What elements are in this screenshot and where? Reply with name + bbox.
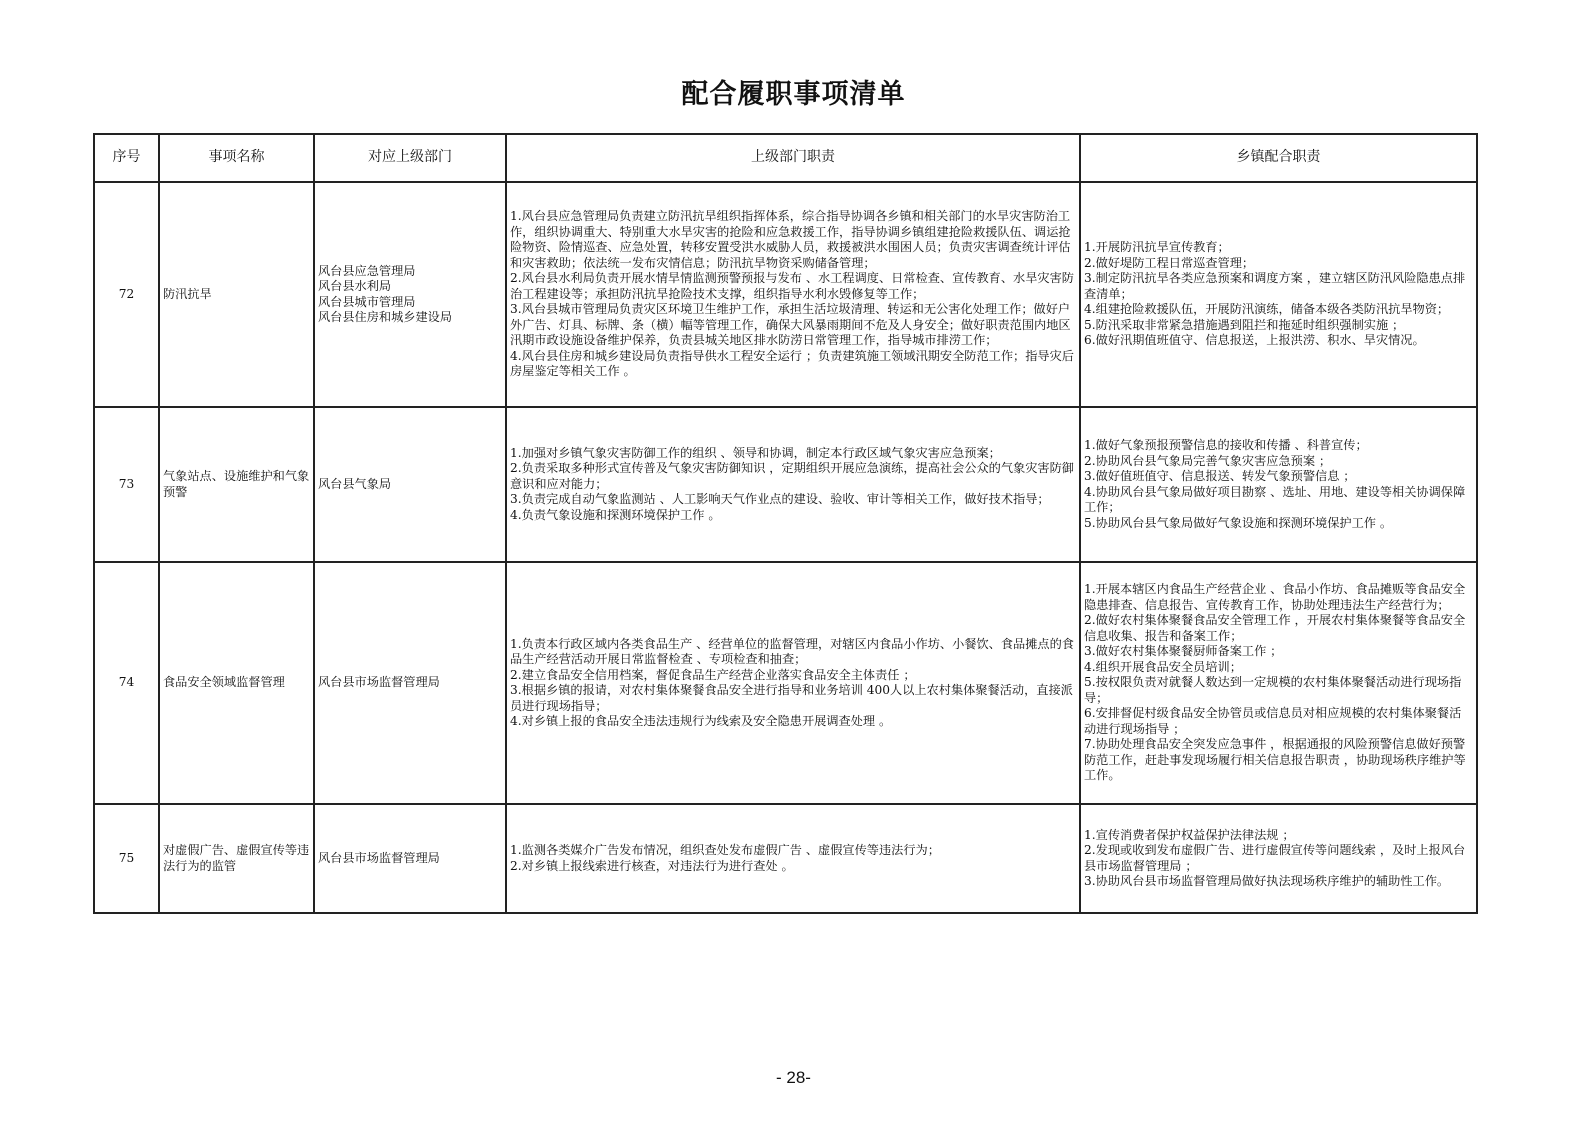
cooperation-cell: 1.开展本辖区内食品生产经营企业 、食品小作坊、食品摊贩等食品安全隐患排查、信息… bbox=[1080, 562, 1477, 804]
department: 风台县水利局 bbox=[318, 279, 502, 295]
row-number: 72 bbox=[94, 182, 159, 407]
department-cell: 风台县气象局 bbox=[314, 407, 506, 562]
department-cell: 风台县市场监督管理局 bbox=[314, 804, 506, 913]
cooperation-item: 4.组织开展食品安全员培训； bbox=[1084, 660, 1473, 676]
cooperation-item: 3.协助风台县市场监督管理局做好执法现场秩序维护的辅助性工作。 bbox=[1084, 874, 1473, 890]
cooperation-item: 7.协助处理食品安全突发应急事件 ，根据通报的风险预警信息做好预警防范工作，赶赴… bbox=[1084, 737, 1473, 784]
cooperation-item: 1.开展防汛抗旱宣传教育； bbox=[1084, 240, 1473, 256]
department: 风台县城市管理局 bbox=[318, 295, 502, 311]
duties-cell: 1.加强对乡镇气象灾害防御工作的组织 、领导和协调，制定本行政区域气象灾害应急预… bbox=[506, 407, 1080, 562]
page-number: - 28- bbox=[0, 1068, 1587, 1088]
duty-table: 序号 事项名称 对应上级部门 上级部门职责 乡镇配合职责 72 防汛抗旱 风台县… bbox=[93, 133, 1478, 914]
duty-item: 4.对乡镇上报的食品安全违法违规行为线索及安全隐患开展调查处理 。 bbox=[510, 714, 1076, 730]
item-name: 气象站点、设施维护和气象预警 bbox=[159, 407, 314, 562]
header-department: 对应上级部门 bbox=[314, 134, 506, 182]
cooperation-item: 2.发现或收到发布虚假广告、进行虚假宣传等问题线索 ，及时上报风台县市场监督管理… bbox=[1084, 843, 1473, 874]
item-name: 食品安全领域监督管理 bbox=[159, 562, 314, 804]
duty-item: 4.风台县住房和城乡建设局负责指导供水工程安全运行 ；负责建筑施工领域汛期安全防… bbox=[510, 349, 1076, 380]
duty-item: 2.对乡镇上报线索进行核查，对违法行为进行查处 。 bbox=[510, 859, 1076, 875]
table-row: 72 防汛抗旱 风台县应急管理局 风台县水利局 风台县城市管理局 风台县住房和城… bbox=[94, 182, 1477, 407]
duty-item: 4.负责气象设施和探测环境保护工作 。 bbox=[510, 508, 1076, 524]
cooperation-item: 5.按权限负责对就餐人数达到一定规模的农村集体聚餐活动进行现场指导； bbox=[1084, 675, 1473, 706]
table-row: 73 气象站点、设施维护和气象预警 风台县气象局 1.加强对乡镇气象灾害防御工作… bbox=[94, 407, 1477, 562]
header-no: 序号 bbox=[94, 134, 159, 182]
duties-cell: 1.监测各类媒介广告发布情况，组织查处发布虚假广告 、虚假宣传等违法行为； 2.… bbox=[506, 804, 1080, 913]
cooperation-item: 5.防汛采取非常紧急措施遇到阻拦和拖延时组织强制实施 ； bbox=[1084, 318, 1473, 334]
item-name: 防汛抗旱 bbox=[159, 182, 314, 407]
cooperation-item: 5.协助风台县气象局做好气象设施和探测环境保护工作 。 bbox=[1084, 516, 1473, 532]
department: 风台县住房和城乡建设局 bbox=[318, 310, 502, 326]
cooperation-item: 3.做好农村集体聚餐厨师备案工作 ； bbox=[1084, 644, 1473, 660]
cooperation-item: 2.协助风台县气象局完善气象灾害应急预案 ； bbox=[1084, 454, 1473, 470]
duty-item: 1.风台县应急管理局负责建立防汛抗旱组织指挥体系，综合指导协调各乡镇和相关部门的… bbox=[510, 209, 1076, 271]
duty-item: 1.监测各类媒介广告发布情况，组织查处发布虚假广告 、虚假宣传等违法行为； bbox=[510, 843, 1076, 859]
header-item-name: 事项名称 bbox=[159, 134, 314, 182]
header-cooperation: 乡镇配合职责 bbox=[1080, 134, 1477, 182]
table-row: 74 食品安全领域监督管理 风台县市场监督管理局 1.负责本行政区域内各类食品生… bbox=[94, 562, 1477, 804]
cooperation-item: 2.做好堤防工程日常巡查管理； bbox=[1084, 256, 1473, 272]
department: 风台县市场监督管理局 bbox=[318, 675, 502, 691]
department: 风台县应急管理局 bbox=[318, 264, 502, 280]
cooperation-cell: 1.开展防汛抗旱宣传教育； 2.做好堤防工程日常巡查管理； 3.制定防汛抗旱各类… bbox=[1080, 182, 1477, 407]
header-duties: 上级部门职责 bbox=[506, 134, 1080, 182]
cooperation-item: 1.开展本辖区内食品生产经营企业 、食品小作坊、食品摊贩等食品安全隐患排查、信息… bbox=[1084, 582, 1473, 613]
duty-item: 2.负责采取多种形式宣传普及气象灾害防御知识 ，定期组织开展应急演练，提高社会公… bbox=[510, 461, 1076, 492]
duties-cell: 1.负责本行政区域内各类食品生产 、经营单位的监督管理，对辖区内食品小作坊、小餐… bbox=[506, 562, 1080, 804]
cooperation-cell: 1.宣传消费者保护权益保护法律法规 ； 2.发现或收到发布虚假广告、进行虚假宣传… bbox=[1080, 804, 1477, 913]
item-name: 对虚假广告、虚假宣传等违法行为的监管 bbox=[159, 804, 314, 913]
duty-item: 3.根据乡镇的报请，对农村集体聚餐食品安全进行指导和业务培训 400人以上农村集… bbox=[510, 683, 1076, 714]
row-number: 74 bbox=[94, 562, 159, 804]
department: 风台县市场监督管理局 bbox=[318, 851, 502, 867]
table-row: 75 对虚假广告、虚假宣传等违法行为的监管 风台县市场监督管理局 1.监测各类媒… bbox=[94, 804, 1477, 913]
department: 风台县气象局 bbox=[318, 477, 502, 493]
cooperation-item: 6.做好汛期值班值守、信息报送，上报洪涝、积水、旱灾情况。 bbox=[1084, 333, 1473, 349]
cooperation-item: 1.做好气象预报预警信息的接收和传播 、科普宣传； bbox=[1084, 438, 1473, 454]
department-cell: 风台县应急管理局 风台县水利局 风台县城市管理局 风台县住房和城乡建设局 bbox=[314, 182, 506, 407]
cooperation-cell: 1.做好气象预报预警信息的接收和传播 、科普宣传； 2.协助风台县气象局完善气象… bbox=[1080, 407, 1477, 562]
duty-item: 1.负责本行政区域内各类食品生产 、经营单位的监督管理，对辖区内食品小作坊、小餐… bbox=[510, 637, 1076, 668]
department-cell: 风台县市场监督管理局 bbox=[314, 562, 506, 804]
page-title: 配合履职事项清单 bbox=[0, 72, 1587, 111]
table-header-row: 序号 事项名称 对应上级部门 上级部门职责 乡镇配合职责 bbox=[94, 134, 1477, 182]
cooperation-item: 3.制定防汛抗旱各类应急预案和调度方案 ，建立辖区防汛风险隐患点排查清单； bbox=[1084, 271, 1473, 302]
row-number: 75 bbox=[94, 804, 159, 913]
cooperation-item: 4.协助风台县气象局做好项目勘察 、选址、用地、建设等相关协调保障工作； bbox=[1084, 485, 1473, 516]
cooperation-item: 4.组建抢险救援队伍，开展防汛演练，储备本级各类防汛抗旱物资； bbox=[1084, 302, 1473, 318]
cooperation-item: 6.安排督促村级食品安全协管员或信息员对相应规模的农村集体聚餐活动进行现场指导 … bbox=[1084, 706, 1473, 737]
duty-item: 2.建立食品安全信用档案，督促食品生产经营企业落实食品安全主体责任 ； bbox=[510, 668, 1076, 684]
duty-item: 2.风台县水利局负责开展水情旱情监测预警预报与发布 、水工程调度、日常检查、宣传… bbox=[510, 271, 1076, 302]
cooperation-item: 2.做好农村集体聚餐食品安全管理工作 ，开展农村集体聚餐等食品安全信息收集、报告… bbox=[1084, 613, 1473, 644]
duty-item: 3.负责完成自动气象监测站 、人工影响天气作业点的建设、验收、审计等相关工作，做… bbox=[510, 492, 1076, 508]
cooperation-item: 3.做好值班值守、信息报送、转发气象预警信息 ； bbox=[1084, 469, 1473, 485]
row-number: 73 bbox=[94, 407, 159, 562]
duty-item: 3.风台县城市管理局负责灾区环境卫生维护工作，承担生活垃圾清理、转运和无公害化处… bbox=[510, 302, 1076, 349]
duties-cell: 1.风台县应急管理局负责建立防汛抗旱组织指挥体系，综合指导协调各乡镇和相关部门的… bbox=[506, 182, 1080, 407]
duty-item: 1.加强对乡镇气象灾害防御工作的组织 、领导和协调，制定本行政区域气象灾害应急预… bbox=[510, 446, 1076, 462]
cooperation-item: 1.宣传消费者保护权益保护法律法规 ； bbox=[1084, 828, 1473, 844]
